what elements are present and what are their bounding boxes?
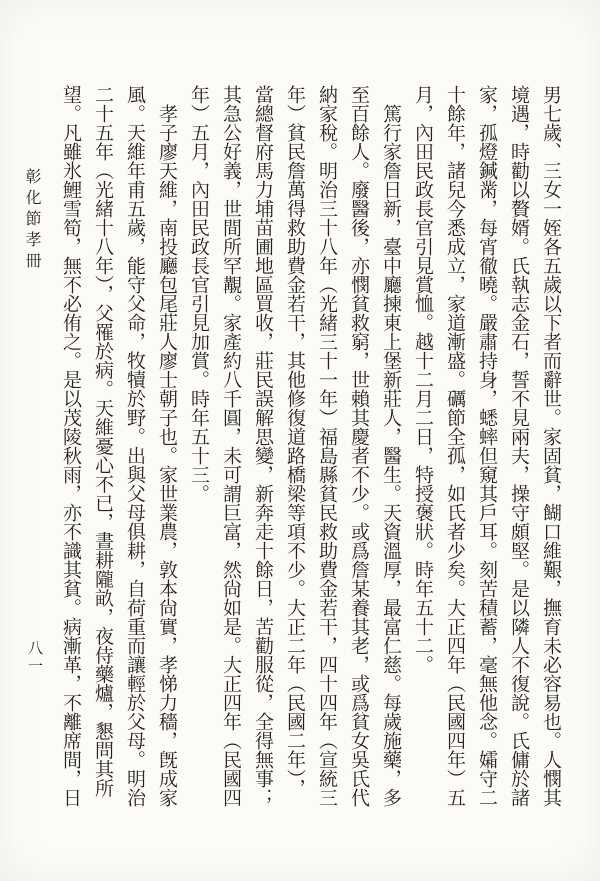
page-number: 八一: [24, 640, 45, 676]
paragraph-liao-tianwei: 孝子廖天維，南投廳包尾莊人廖士朝子也。家世業農，敦本尙實，孝悌力穡，旣成家風。天…: [54, 85, 182, 809]
paragraph-continuation: 男七歲、三女一姪各五歲以下者而辭世。家固貧，餬口維艱，撫育未必容易也。人憫其境遇…: [406, 85, 566, 809]
vertical-text-block: 男七歲、三女一姪各五歲以下者而辭世。家固貧，餬口維艱，撫育未必容易也。人憫其境遇…: [54, 85, 566, 809]
margin-book-title: 彰化節孝冊: [20, 168, 43, 273]
paragraph-zhan-rixin: 篤行家詹日新，臺中廳揀東上堡新莊人，醫生。天資溫厚，最富仁慈。每歲施藥，多至百餘…: [182, 85, 406, 809]
book-page: 彰化節孝冊 八一 男七歲、三女一姪各五歲以下者而辭世。家固貧，餬口維艱，撫育未必…: [0, 0, 600, 881]
